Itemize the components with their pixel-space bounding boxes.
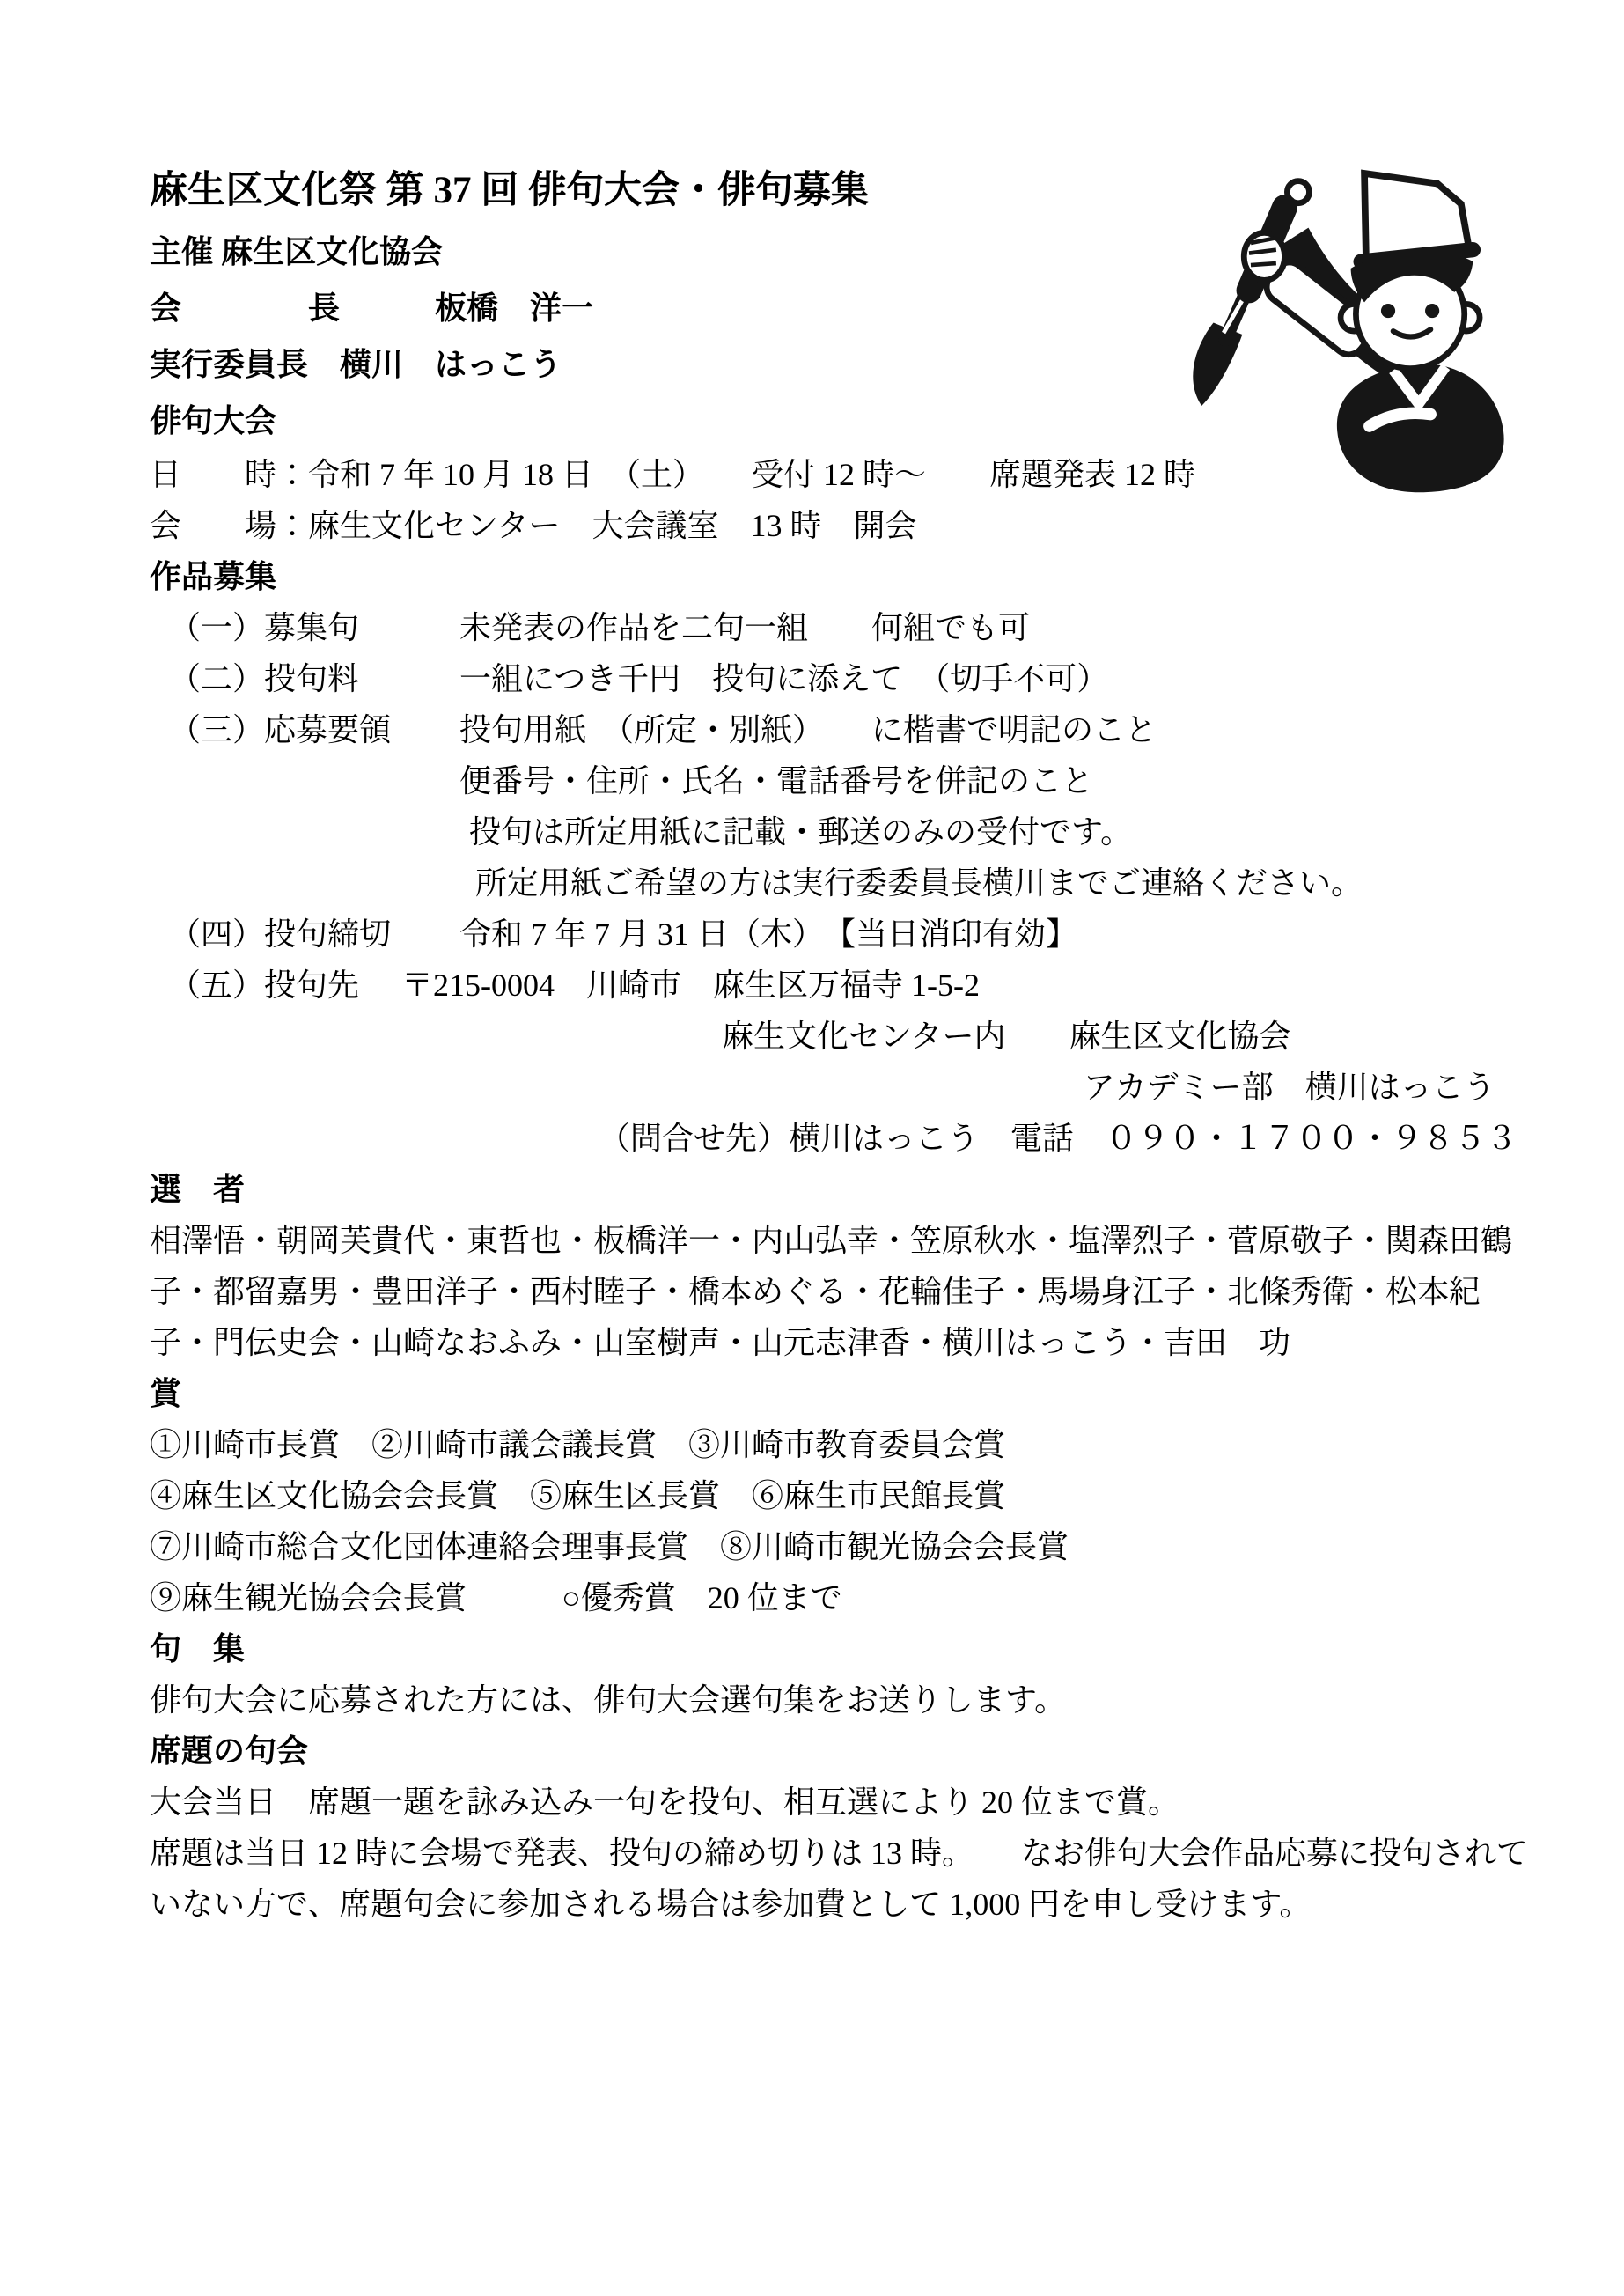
brush-cord-loop-icon (1287, 181, 1309, 203)
submission-item-row: （三）応募要領投句用紙 （所定・別紙） に楷書で明記のこと (150, 704, 1523, 755)
sekidai-line: いない方で、席題句会に参加される場合は参加費として 1,000 円を申し受けます… (150, 1879, 1523, 1930)
submission-item-desc: 投句用紙 （所定・別紙） に楷書で明記のこと (459, 704, 1523, 755)
submission-item-label: （三）応募要領 (150, 704, 459, 755)
submission-item-label: （四）投句締切 (150, 909, 459, 960)
submission-note: 投句は所定用紙に記載・郵送のみの受付です。 (150, 806, 1523, 857)
page: { "colors": { "background": "#ffffff", "… (0, 0, 1624, 2296)
submission-item-label: （一）募集句 (150, 602, 459, 653)
submission-note: 便番号・住所・氏名・電話番号を併記のこと (150, 755, 1523, 806)
awards-line: ④麻生区文化協会会長賞 ⑤麻生区長賞 ⑥麻生市民館長賞 (150, 1470, 1523, 1521)
section-heading-anthology: 句 集 (150, 1623, 1523, 1674)
submission-item-row: （二）投句料一組につき千円 投句に添えて （切手不可） (150, 653, 1523, 704)
submission-item-row: （一）募集句未発表の作品を二句一組 何組でも可 (150, 602, 1523, 653)
submission-item-row: （五）投句先〒215-0004 川崎市 麻生区万福寺 1-5-2 (150, 960, 1523, 1011)
submission-item-label: （五）投句先 (150, 960, 401, 1011)
submission-note: 所定用紙ご希望の方は実行委委員長横川までご連絡ください。 (150, 857, 1523, 909)
judges-names-line: 子・都留嘉男・豊田洋子・西村睦子・橋本めぐる・花輪佳子・馬場身江子・北條秀衛・松… (150, 1266, 1523, 1317)
section-heading-judges: 選 者 (150, 1164, 1523, 1215)
submission-item-desc: 〒215-0004 川崎市 麻生区万福寺 1-5-2 (401, 960, 1523, 1011)
submission-item-desc: 未発表の作品を二句一組 何組でも可 (459, 602, 1523, 653)
sekidai-line: 席題は当日 12 時に会場で発表、投句の締め切りは 13 時。 なお俳句大会作品… (150, 1828, 1523, 1879)
submission-item-row: （四）投句締切令和 7 年 7 月 31 日（木） 【当日消印有効】 (150, 909, 1523, 960)
brush-bristles-icon (1193, 323, 1242, 406)
eye-icon (1381, 304, 1395, 318)
anthology-body-line: 俳句大会に応募された方には、俳句大会選句集をお送りします。 (150, 1674, 1523, 1726)
submission-item-label: （二）投句料 (150, 653, 459, 704)
eye-icon (1425, 304, 1439, 318)
submission-item-desc: 一組につき千円 投句に添えて （切手不可） (459, 653, 1523, 704)
awards-line: ⑨麻生観光協会会長賞 ○優秀賞 20 位まで (150, 1572, 1523, 1623)
section-heading-submission: 作品募集 (150, 551, 1523, 602)
section-heading-sekidai: 席題の句会 (150, 1726, 1523, 1777)
sekidai-line: 大会当日 席題一題を詠み込み一句を投句、相互選により 20 位まで賞。 (150, 1777, 1523, 1828)
haiku-poet-with-brush-illustration (1171, 150, 1514, 497)
section-heading-awards: 賞 (150, 1368, 1523, 1419)
submission-item-desc: 令和 7 年 7 月 31 日（木） 【当日消印有効】 (459, 909, 1523, 960)
kimono-body-icon (1337, 364, 1504, 492)
submission-contact-line: （問合せ先）横川はっこう 電話 ０９０・１７００・９８５３ (150, 1113, 1523, 1164)
submission-address-line: 麻生文化センター内 麻生区文化協会 (150, 1011, 1523, 1062)
judges-names-line: 相澤悟・朝岡芙貴代・東哲也・板橋洋一・内山弘幸・笠原秋水・塩澤烈子・菅原敬子・関… (150, 1215, 1523, 1266)
submission-address-line: アカデミー部 横川はっこう (150, 1062, 1523, 1113)
judges-names-line: 子・門伝史会・山崎なおふみ・山室樹声・山元志津香・横川はっこう・吉田 功 (150, 1317, 1523, 1368)
awards-line: ⑦川崎市総合文化団体連絡会理事長賞 ⑧川崎市観光協会会長賞 (150, 1521, 1523, 1572)
awards-line: ①川崎市長賞 ②川崎市議会議長賞 ③川崎市教育委員会賞 (150, 1419, 1523, 1470)
convention-venue-line: 会 場：麻生文化センター 大会議室 13 時 開会 (150, 500, 1523, 551)
